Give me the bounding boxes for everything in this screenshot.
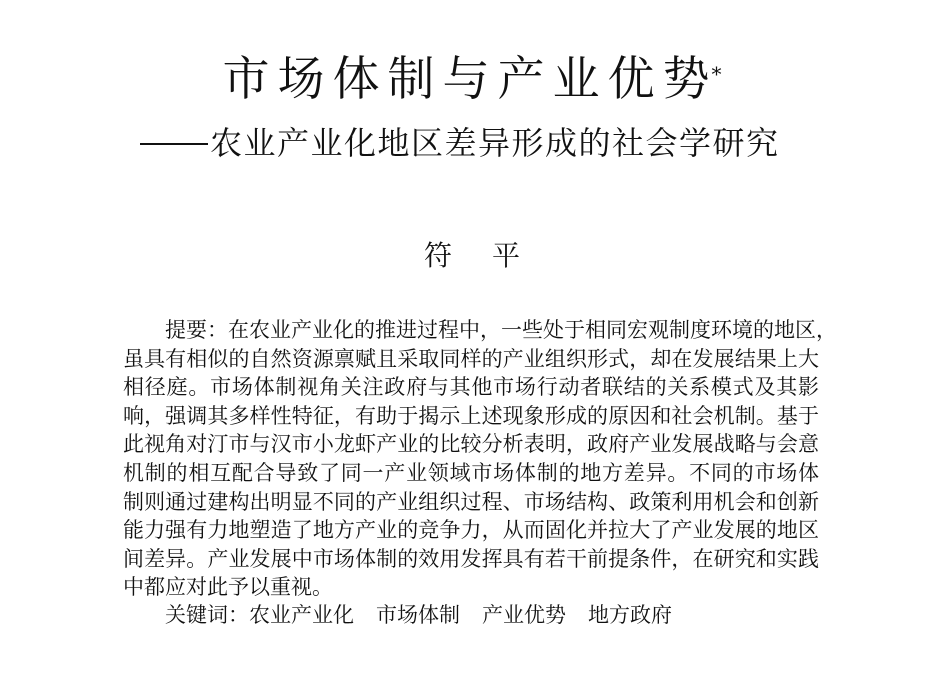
keywords: 关键词：农业产业化市场体制产业优势地方政府 [165, 601, 694, 629]
author-surname: 符 [424, 239, 452, 272]
paper-subtitle-text: 农业产业化地区差异形成的社会学研究 [210, 124, 780, 162]
abstract-line: 相径庭。市场体制视角关注政府与其他市场行动者联结的关系模式及其影 [123, 373, 819, 402]
abstract-line: 能力强有力地塑造了地方产业的竞争力，从而固化并拉大了产业发展的地区 [123, 516, 819, 545]
footnote-mark: * [712, 62, 722, 86]
abstract-line: 制则通过建构出明显不同的产业组织过程、市场结构、政策利用机会和创新 [123, 488, 819, 517]
abstract-line: 响，强调其多样性特征，有助于揭示上述现象形成的原因和社会机制。基于 [123, 402, 819, 431]
keyword: 市场体制 [376, 603, 460, 627]
abstract: 提要：在农业产业化的推进过程中，一些处于相同宏观制度环境的地区， 虽具有相似的自… [123, 316, 819, 602]
abstract-line: 中都应对此予以重视。 [123, 573, 819, 602]
keywords-label: 关键词： [165, 603, 249, 627]
abstract-line: 提要：在农业产业化的推进过程中，一些处于相同宏观制度环境的地区， [123, 316, 819, 345]
paper-subtitle: 农业产业化地区差异形成的社会学研究 [140, 123, 780, 163]
keyword: 农业产业化 [249, 603, 354, 627]
keyword: 地方政府 [588, 603, 672, 627]
keyword: 产业优势 [482, 603, 566, 627]
paper-title-text: 市场体制与产业优势 [223, 52, 718, 107]
paper-title: 市场体制与产业优势* [0, 50, 944, 110]
abstract-line: 此视角对汀市与汉市小龙虾产业的比较分析表明，政府产业发展战略与会意 [123, 430, 819, 459]
abstract-line: 间差异。产业发展中市场体制的效用发挥具有若干前提条件，在研究和实践 [123, 545, 819, 574]
subtitle-dash [140, 143, 208, 145]
author-given-name: 平 [492, 239, 520, 272]
abstract-line: 虽具有相似的自然资源禀赋且采取同样的产业组织形式，却在发展结果上大 [123, 345, 819, 374]
abstract-line: 机制的相互配合导致了同一产业领域市场体制的地方差异。不同的市场体 [123, 459, 819, 488]
abstract-label: 提要： [165, 318, 228, 342]
author-name: 符平 [0, 236, 944, 276]
